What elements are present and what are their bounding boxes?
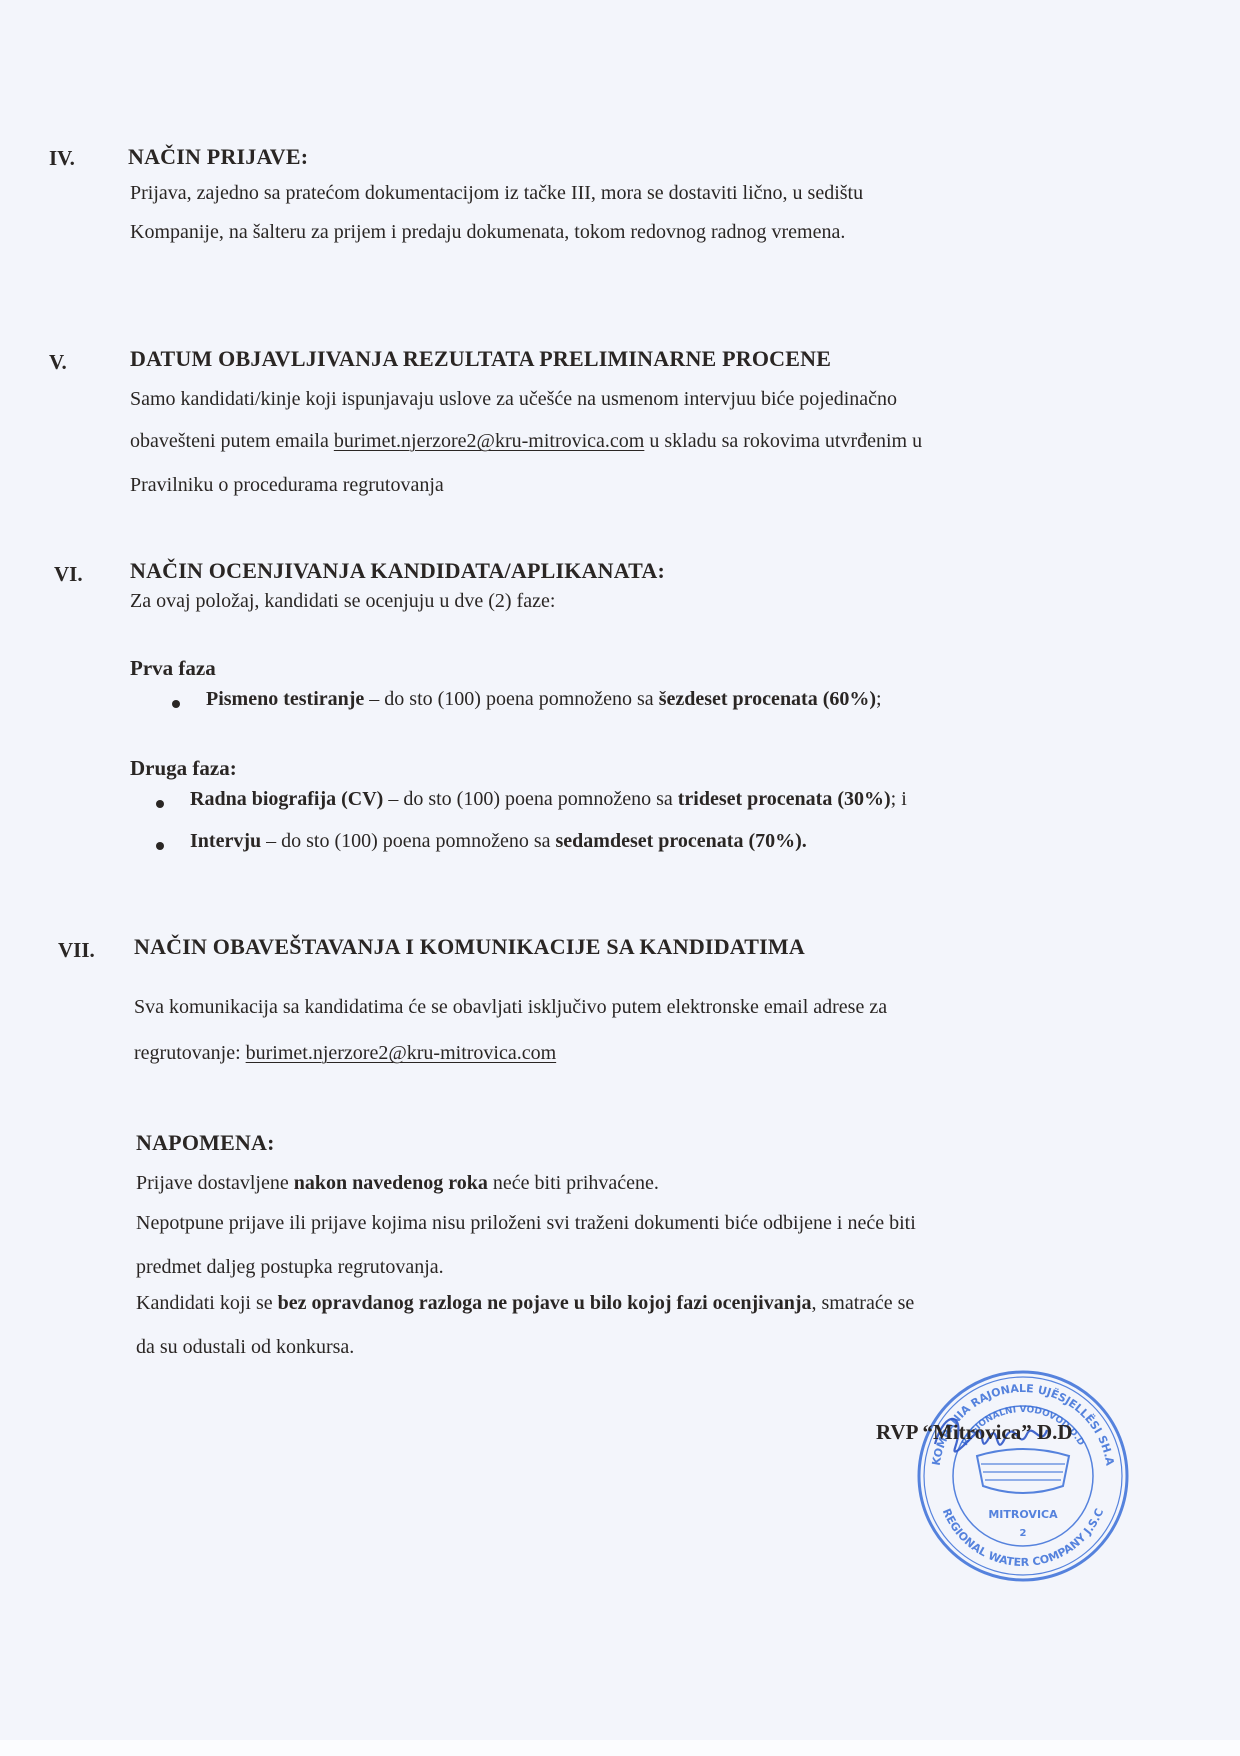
- phase2-item-cv-tail: ; i: [891, 788, 907, 810]
- svg-text:MITROVICA: MITROVICA: [988, 1508, 1058, 1521]
- note-heading: NAPOMENA:: [136, 1130, 275, 1156]
- note-p3-bold: bez opravdanog razloga ne pojave u bilo …: [278, 1292, 812, 1314]
- phase2-item-cv-text: – do sto (100) poena pomnoženo sa: [383, 788, 677, 810]
- note-p2-line1: Nepotpune prijave ili prijave kojima nis…: [136, 1212, 916, 1235]
- email-link[interactable]: burimet.njerzore2@kru-mitrovica.com: [334, 430, 645, 452]
- note-p1-bold: nakon navedenog roka: [294, 1172, 488, 1194]
- page-edge: [0, 1740, 1240, 1756]
- section-v-line3: Pravilniku o procedurama regrutovanja: [130, 474, 444, 497]
- phase2-item-cv-weight: trideset procenata (30%): [678, 788, 891, 810]
- company-stamp-icon: KOMPANIA RAJONALE UJËSJELLËSI SH.A REGIO…: [915, 1368, 1131, 1584]
- bullet-icon: [156, 842, 164, 850]
- document-page: IV. NAČIN PRIJAVE: Prijava, zajedno sa p…: [0, 0, 1240, 1740]
- svg-text:2: 2: [1020, 1528, 1027, 1539]
- section-vii-number: VII.: [58, 938, 95, 963]
- note-p3-after: , smatraće se: [812, 1292, 915, 1314]
- section-v-number: V.: [49, 350, 67, 375]
- section-v-line2-before: obavešteni putem emaila: [130, 430, 329, 452]
- note-p3-before: Kandidati koji se: [136, 1292, 278, 1314]
- section-iv-line1: Prijava, zajedno sa pratećom dokumentaci…: [130, 182, 863, 205]
- section-v-heading: DATUM OBJAVLJIVANJA REZULTATA PRELIMINAR…: [130, 346, 831, 372]
- section-v-line2: obavešteni putem emaila burimet.njerzore…: [130, 430, 922, 453]
- phase2-item-interview-text: – do sto (100) poena pomnoženo sa: [261, 830, 555, 852]
- phase1-item: Pismeno testiranje – do sto (100) poena …: [206, 688, 882, 711]
- section-vi-intro: Za ovaj položaj, kandidati se ocenjuju u…: [130, 590, 555, 613]
- phase1-item-tail: ;: [876, 688, 882, 710]
- section-v-line2-after: u skladu sa rokovima utvrđenim u: [649, 430, 922, 452]
- bullet-icon: [156, 800, 164, 808]
- note-p3: Kandidati koji se bez opravdanog razloga…: [136, 1292, 914, 1315]
- phase2-item-interview: Intervju – do sto (100) poena pomnoženo …: [190, 830, 807, 853]
- phase1-item-text: – do sto (100) poena pomnoženo sa: [364, 688, 658, 710]
- section-iv-heading: NAČIN PRIJAVE:: [128, 144, 308, 170]
- section-vii-heading: NAČIN OBAVEŠTAVANJA I KOMUNIKACIJE SA KA…: [134, 934, 805, 960]
- bullet-icon: [172, 700, 180, 708]
- section-iv-number: IV.: [49, 146, 75, 171]
- phase2-item-cv-label: Radna biografija (CV): [190, 788, 383, 810]
- note-p1: Prijave dostavljene nakon navedenog roka…: [136, 1172, 659, 1195]
- section-v-line1: Samo kandidati/kinje koji ispunjavaju us…: [130, 388, 897, 411]
- note-p3-line2: da su odustali od konkursa.: [136, 1336, 354, 1359]
- email-link[interactable]: burimet.njerzore2@kru-mitrovica.com: [246, 1042, 557, 1064]
- phase2-item-interview-label: Intervju: [190, 830, 261, 852]
- signature-company-name: RVP “Mitrovica” D.D: [876, 1420, 1073, 1445]
- section-vii-line1: Sva komunikacija sa kandidatima će se ob…: [134, 996, 887, 1019]
- section-iv-line2: Kompanije, na šalteru za prijem i predaj…: [130, 221, 845, 244]
- phase1-item-label: Pismeno testiranje: [206, 688, 364, 710]
- phase2-item-interview-weight: sedamdeset procenata (70%).: [556, 830, 807, 852]
- phase2-title: Druga faza:: [130, 756, 237, 781]
- section-vi-number: VI.: [54, 562, 83, 587]
- phase1-title: Prva faza: [130, 656, 216, 681]
- phase1-item-weight: šezdeset procenata (60%): [659, 688, 876, 710]
- section-vii-line2: regrutovanje: burimet.njerzore2@kru-mitr…: [134, 1042, 556, 1065]
- section-vii-line2-before: regrutovanje:: [134, 1042, 241, 1064]
- note-p1-before: Prijave dostavljene: [136, 1172, 294, 1194]
- phase2-item-cv: Radna biografija (CV) – do sto (100) poe…: [190, 788, 907, 811]
- note-p1-after: neće biti prihvaćene.: [488, 1172, 659, 1194]
- section-vi-heading: NAČIN OCENJIVANJA KANDIDATA/APLIKANATA:: [130, 558, 665, 584]
- note-p2-line2: predmet daljeg postupka regrutovanja.: [136, 1256, 444, 1279]
